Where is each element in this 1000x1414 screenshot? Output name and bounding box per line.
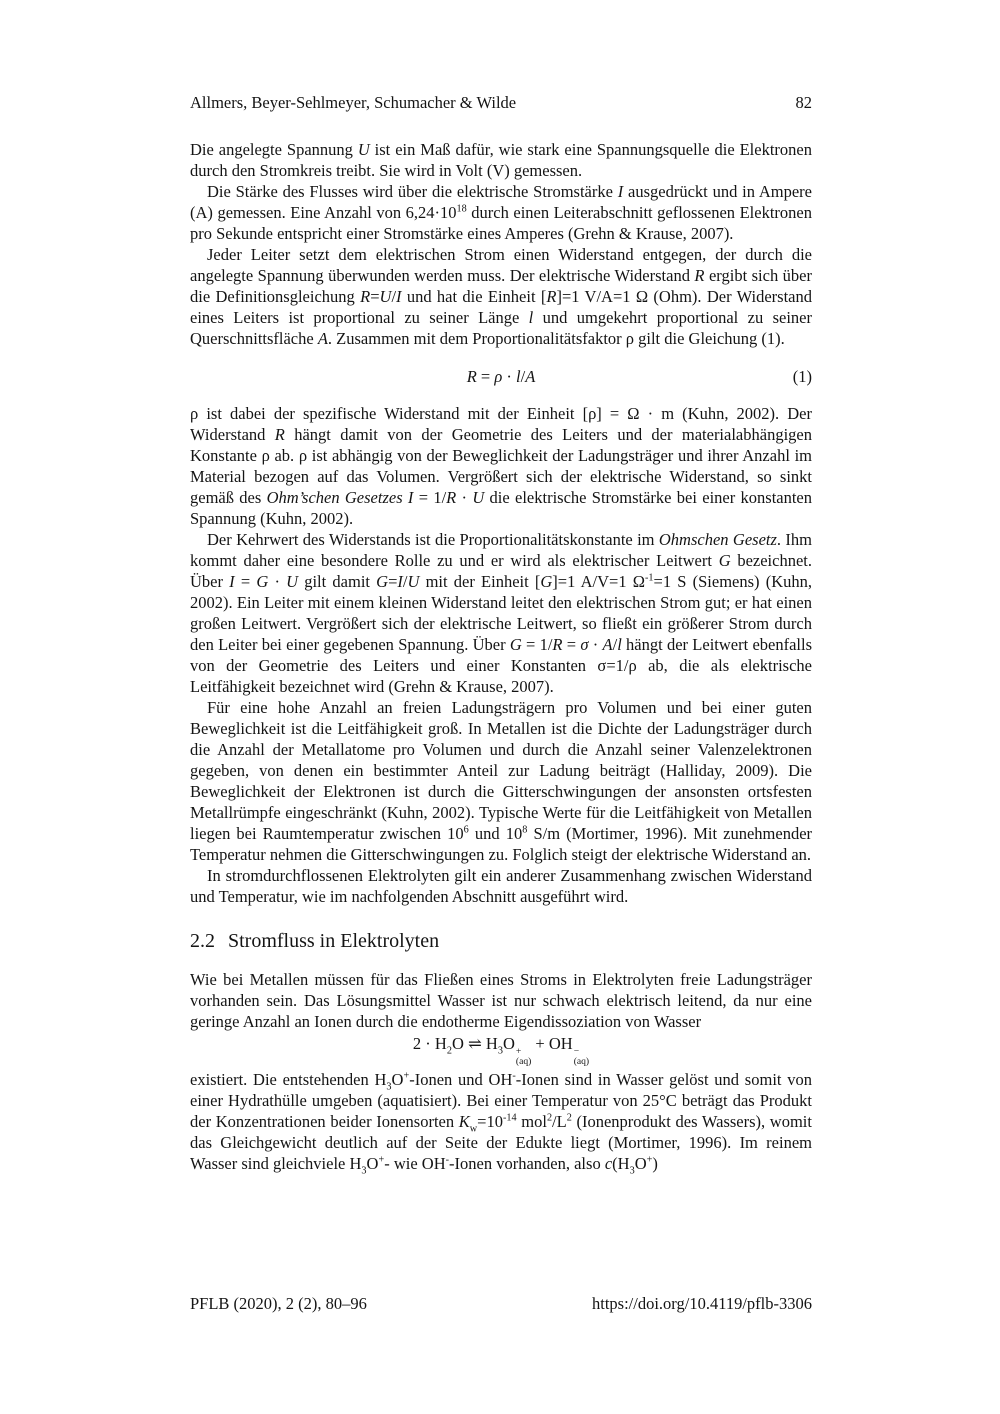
running-head-authors: Allmers, Beyer-Sehlmeyer, Schumacher & W… [190,92,516,113]
paragraph-current-strength: Die Stärke des Flusses wird über die ele… [190,181,812,244]
chemical-equation-water-dissociation: 2 · H2O ⇌ H3O+(aq) + OH−(aq) [190,1033,812,1067]
paragraph-conductance: Der Kehrwert des Widerstands ist die Pro… [190,529,812,697]
section-number: 2.2 [190,930,215,952]
paragraph-conductivity-metals: Für eine hohe Anzahl an freien Ladungstr… [190,697,812,865]
running-head: Allmers, Beyer-Sehlmeyer, Schumacher & W… [190,92,812,113]
page-footer: PFLB (2020), 2 (2), 80–96 https://doi.or… [190,1293,812,1314]
page-number: 82 [796,92,813,113]
section-title: Stromfluss in Elektrolyten [228,930,439,952]
doi-link[interactable]: https://doi.org/10.4119/pflb-3306 [592,1293,812,1314]
paragraph-ion-product: existiert. Die entstehenden H3O+-Ionen u… [190,1069,812,1174]
paragraph-electrolytes-intro: Wie bei Metallen müssen für das Fließen … [190,969,812,1032]
equation-1: R = ρ · l/A (1) [190,366,812,387]
page-body: Die angelegte Spannung U ist ein Maß daf… [190,139,812,1174]
section-heading: 2.2Stromfluss in Elektrolyten [190,929,812,954]
paragraph-electrolytes-transition: In stromdurchflossenen Elektrolyten gilt… [190,865,812,907]
equation-1-formula: R = ρ · l/A [467,367,536,386]
paragraph-resistance: Jeder Leiter setzt dem elektrischen Stro… [190,244,812,349]
paragraph-voltage: Die angelegte Spannung U ist ein Maß daf… [190,139,812,181]
paragraph-specific-resistance: ρ ist dabei der spezifische Widerstand m… [190,403,812,529]
equation-1-number: (1) [793,366,812,387]
journal-citation: PFLB (2020), 2 (2), 80–96 [190,1293,367,1314]
paper-page: Allmers, Beyer-Sehlmeyer, Schumacher & W… [0,0,1000,1414]
